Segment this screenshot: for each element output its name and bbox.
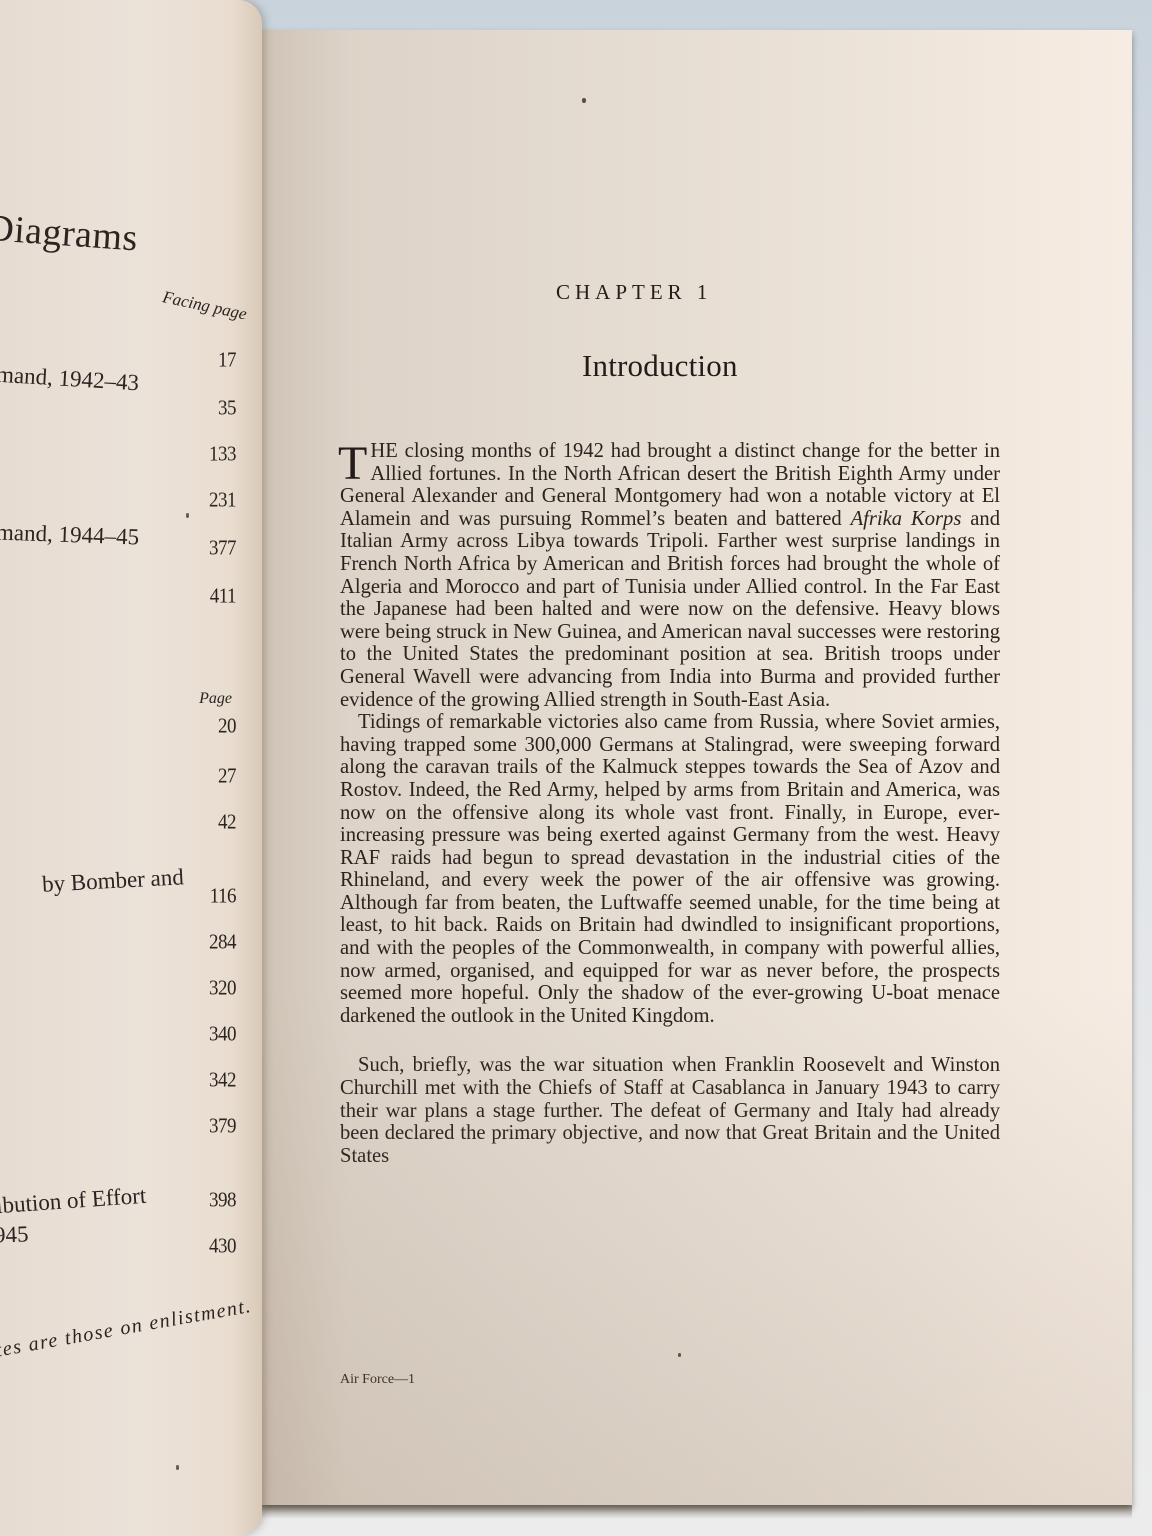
paragraph-2: Tidings of remarkable victories also cam… — [340, 711, 1000, 1027]
page-number: 342 — [176, 1069, 236, 1093]
page-number: 340 — [176, 1023, 236, 1047]
paper-speck — [186, 513, 189, 518]
page-number: 320 — [176, 977, 236, 1001]
page-number: 284 — [176, 931, 236, 955]
list-entry-text: mand, 1942–43 — [0, 362, 140, 397]
chapter-title: Introduction — [582, 348, 738, 384]
page-edge-shadow — [262, 1505, 1132, 1519]
page-number: 398 — [176, 1189, 236, 1213]
paper-speck — [678, 1353, 681, 1357]
facing-page-column-label: Facing page — [160, 287, 248, 324]
page-number: 411 — [176, 585, 236, 609]
page-number: 27 — [176, 765, 236, 789]
drop-cap: T — [338, 444, 367, 484]
page-number: 133 — [176, 443, 236, 467]
chapter-body: THE closing months of 1942 had brought a… — [340, 440, 1000, 1167]
left-page-list-of-diagrams: Diagrams Facing page 17 mand, 1942–43 35… — [0, 0, 262, 1536]
paragraph-1: THE closing months of 1942 had brought a… — [340, 440, 1000, 711]
chapter-label: CHAPTER 1 — [556, 280, 712, 305]
page-number: 430 — [176, 1235, 236, 1259]
italic-term: Afrika Korps — [851, 508, 962, 530]
paper-speck — [176, 1465, 179, 1470]
page-number: 231 — [176, 489, 236, 513]
list-entry-text: ibution of Effort — [0, 1183, 147, 1219]
list-entry-text: mand, 1944–45 — [0, 520, 140, 551]
list-heading: Diagrams — [0, 206, 139, 260]
footnote: tes are those on enlistment. — [0, 1295, 254, 1363]
list-entry-text: by Bomber and — [41, 864, 184, 897]
page-number: 17 — [176, 349, 236, 373]
page-column-label: Page — [199, 690, 232, 708]
page-number: 20 — [176, 715, 236, 739]
page-number: 379 — [176, 1115, 236, 1139]
page-number: 377 — [176, 537, 236, 561]
right-page-chapter-1: CHAPTER 1 Introduction THE closing month… — [262, 30, 1132, 1505]
paper-speck — [582, 98, 586, 103]
paragraph-3: Such, briefly, was the war situation whe… — [340, 1054, 1000, 1167]
list-entry-text: 945 — [0, 1221, 29, 1248]
page-number: 116 — [176, 885, 236, 909]
printer-signature: Air Force—1 — [340, 1372, 415, 1388]
page-number: 42 — [176, 811, 236, 835]
page-number: 35 — [176, 397, 236, 421]
